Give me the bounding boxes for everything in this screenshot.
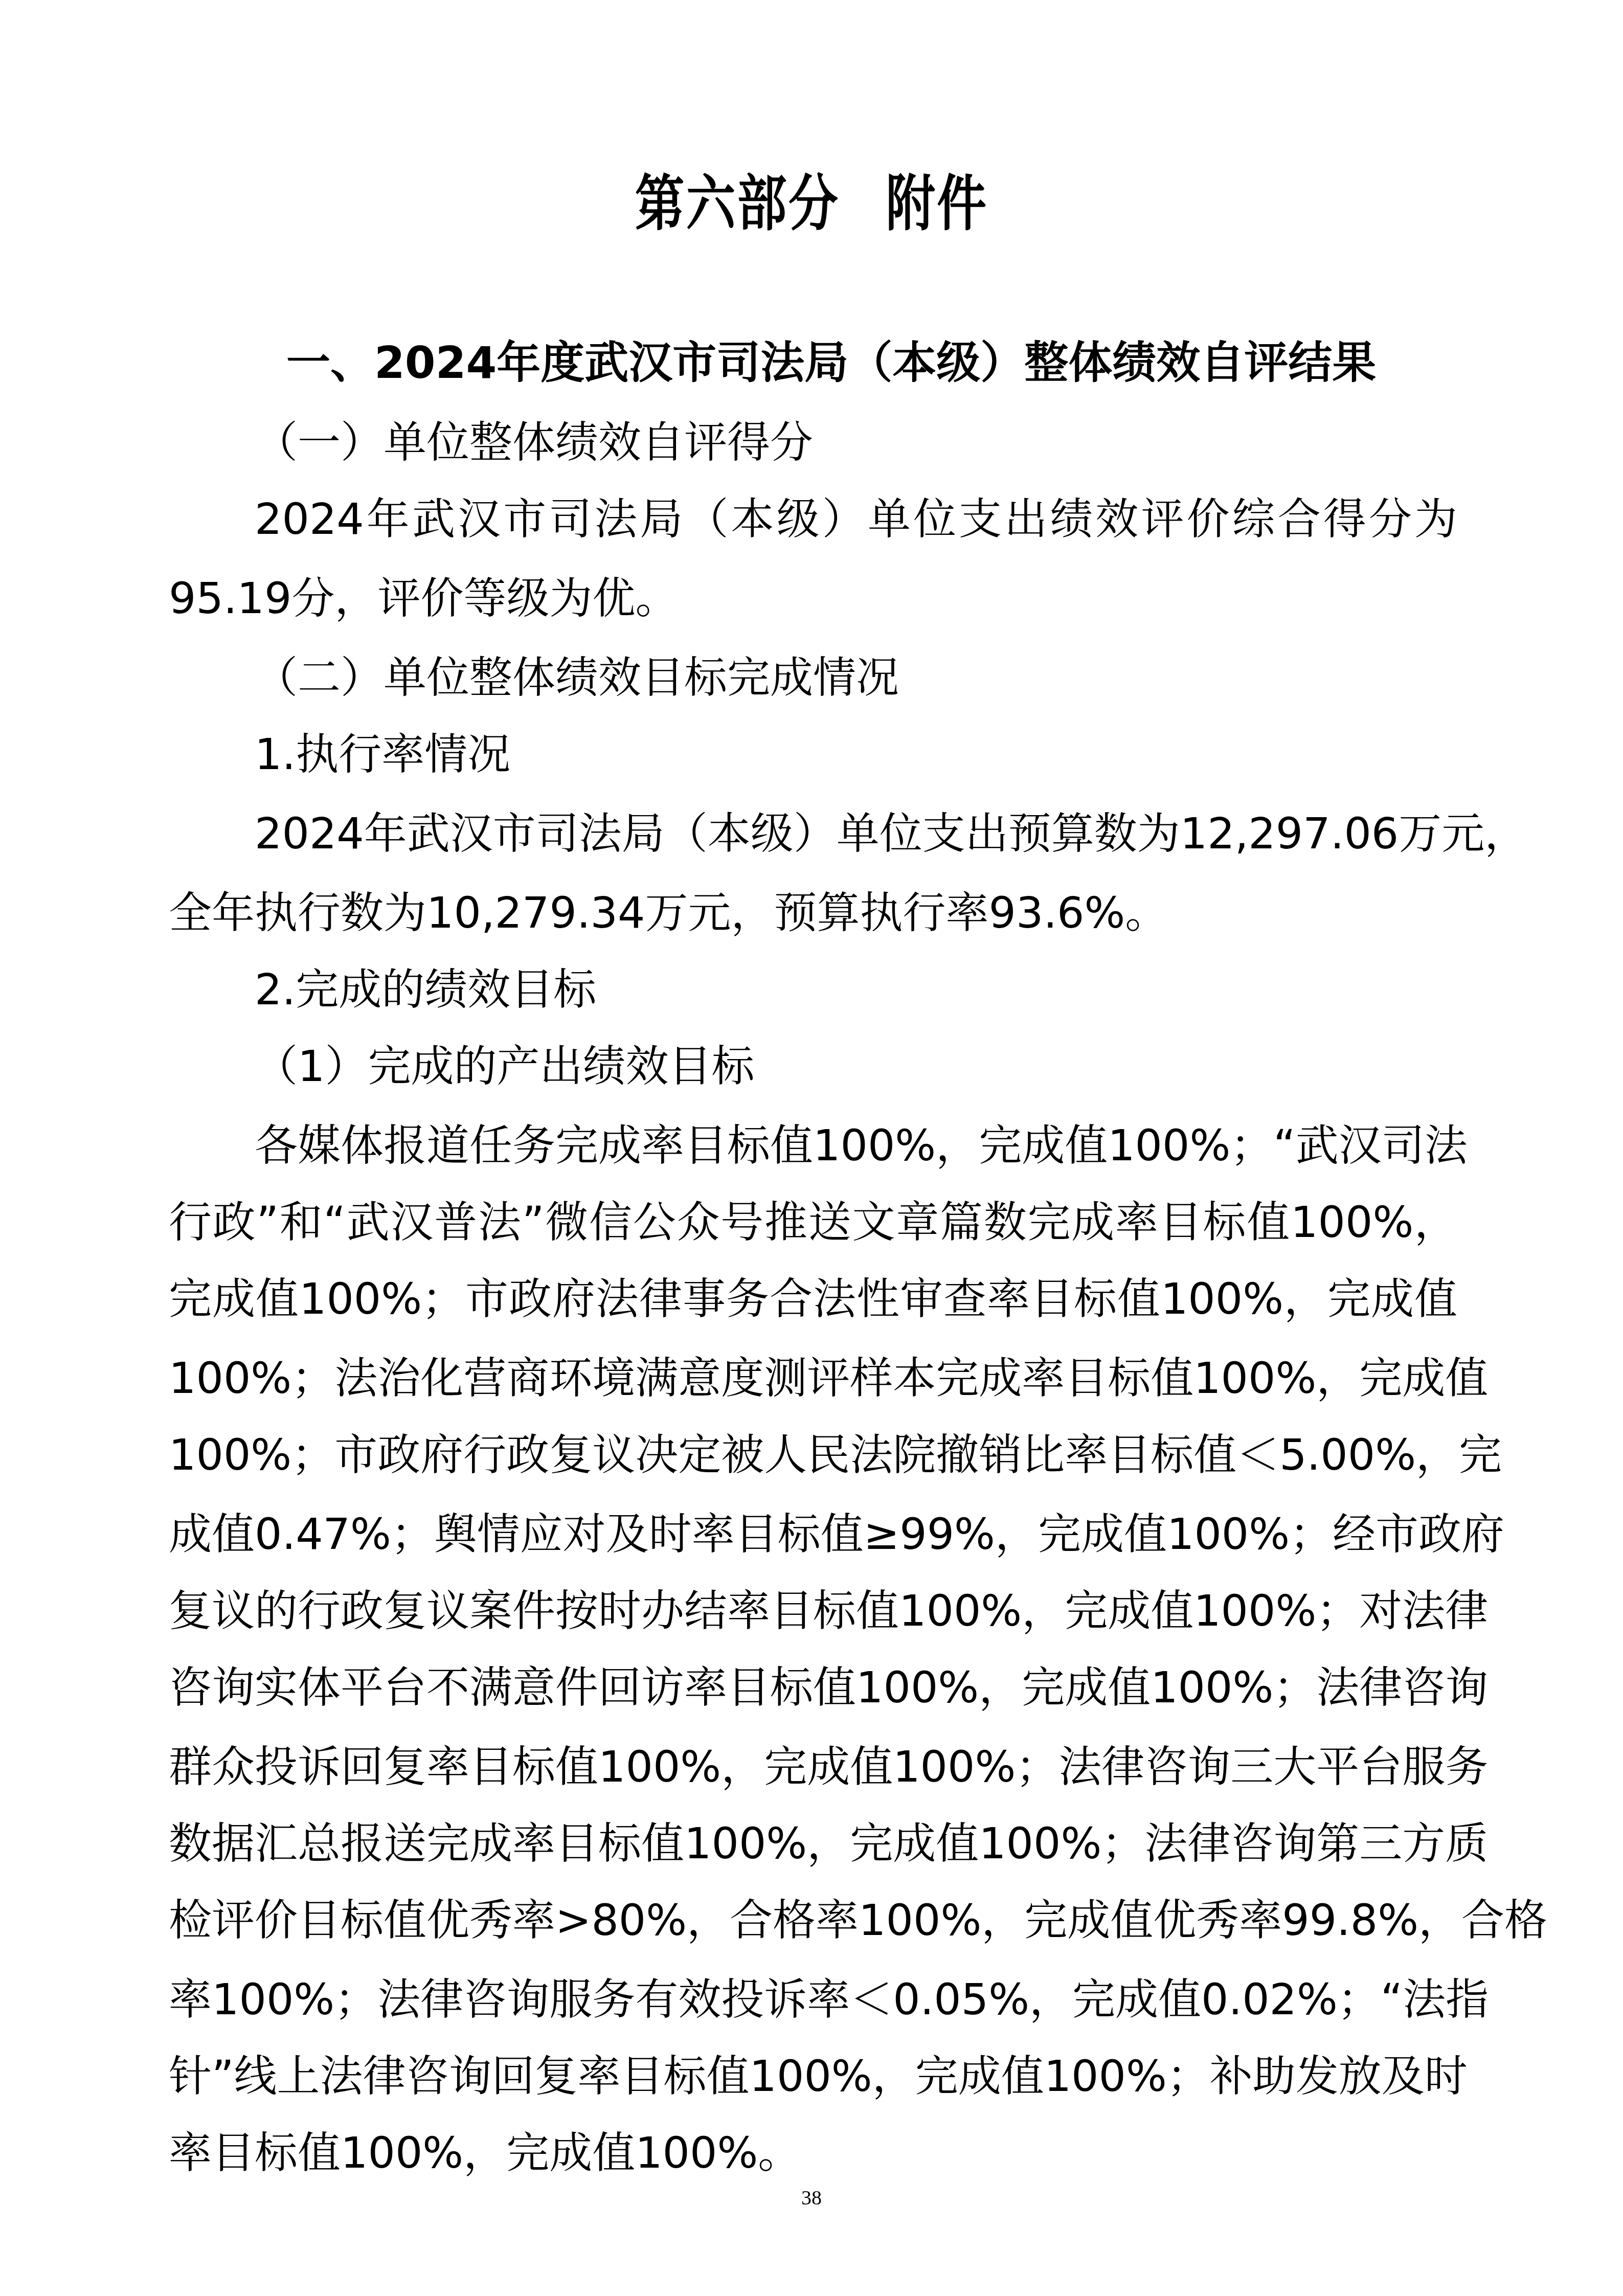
output-goals-line: 咨询实体平台不满意件回访率目标值100%，完成值100%；法律咨询 bbox=[169, 1649, 1457, 1726]
output-goals-line: 率目标值100%，完成值100%。 bbox=[169, 2114, 1457, 2191]
output-goals-line: 数据汇总报送完成率目标值100%，完成值100%；法律咨询第三方质 bbox=[169, 1805, 1457, 1882]
output-goals-line: 复议的行政复议案件按时办结率目标值100%，完成值100%；对法律 bbox=[169, 1572, 1457, 1649]
item1-heading: 1.执行率情况 bbox=[255, 716, 1543, 793]
sub1-heading: （一）单位整体绩效自评得分 bbox=[255, 404, 1543, 481]
part-title-sub: 附件 bbox=[886, 168, 988, 239]
output-goals-line: 完成值100%；市政府法律事务合法性审查率目标值100%，完成值 bbox=[169, 1260, 1457, 1337]
output-goals-line: 检评价目标值优秀率>80%，合格率100%，完成值优秀率99.8%，合格 bbox=[169, 1882, 1457, 1959]
item2-sub1-heading: （1）完成的产出绩效目标 bbox=[255, 1028, 1543, 1105]
item1-paragraph-line-1: 2024年武汉市司法局（本级）单位支出预算数为12,297.06万元， bbox=[255, 795, 1457, 872]
sub1-paragraph-line-1: 2024年武汉市司法局（本级）单位支出绩效评价综合得分为 bbox=[255, 481, 1457, 557]
section-heading: 一、2024年度武汉市司法局（本级）整体绩效自评结果 bbox=[286, 325, 1575, 401]
output-goals-line: 行政”和“武汉普法”微信公众号推送文章篇数完成率目标值100%， bbox=[169, 1184, 1457, 1260]
part-title-main: 第六部分 bbox=[635, 168, 840, 239]
part-title: 第六部分附件 bbox=[146, 163, 1477, 244]
sub1-paragraph-line-2: 95.19分，评价等级为优。 bbox=[169, 560, 1457, 637]
output-goals-line: 群众投诉回复率目标值100%，完成值100%；法律咨询三大平台服务 bbox=[169, 1728, 1457, 1805]
output-goals-line: 成值0.47%；舆情应对及时率目标值≥99%，完成值100%；经市政府 bbox=[169, 1496, 1457, 1572]
output-goals-line: 100%；市政府行政复议决定被人民法院撤销比率目标值＜5.00%，完 bbox=[169, 1416, 1457, 1493]
document-page: 第六部分附件 一、2024年度武汉市司法局（本级）整体绩效自评结果 （一）单位整… bbox=[0, 0, 1623, 2296]
output-goals-line: 各媒体报道任务完成率目标值100%，完成值100%；“武汉司法 bbox=[255, 1107, 1457, 1184]
output-goals-line: 100%；法治化营商环境满意度测评样本完成率目标值100%，完成值 bbox=[169, 1340, 1457, 1416]
page-number: 38 bbox=[0, 2182, 1623, 2213]
output-goals-line: 针”线上法律咨询回复率目标值100%，完成值100%；补助发放及时 bbox=[169, 2038, 1457, 2114]
sub2-heading: （二）单位整体绩效目标完成情况 bbox=[255, 639, 1543, 716]
item1-paragraph-line-2: 全年执行数为10,279.34万元，预算执行率93.6%。 bbox=[169, 874, 1457, 951]
output-goals-line: 率100%；法律咨询服务有效投诉率＜0.05%，完成值0.02%；“法指 bbox=[169, 1961, 1457, 2038]
item2-heading: 2.完成的绩效目标 bbox=[255, 951, 1543, 1028]
